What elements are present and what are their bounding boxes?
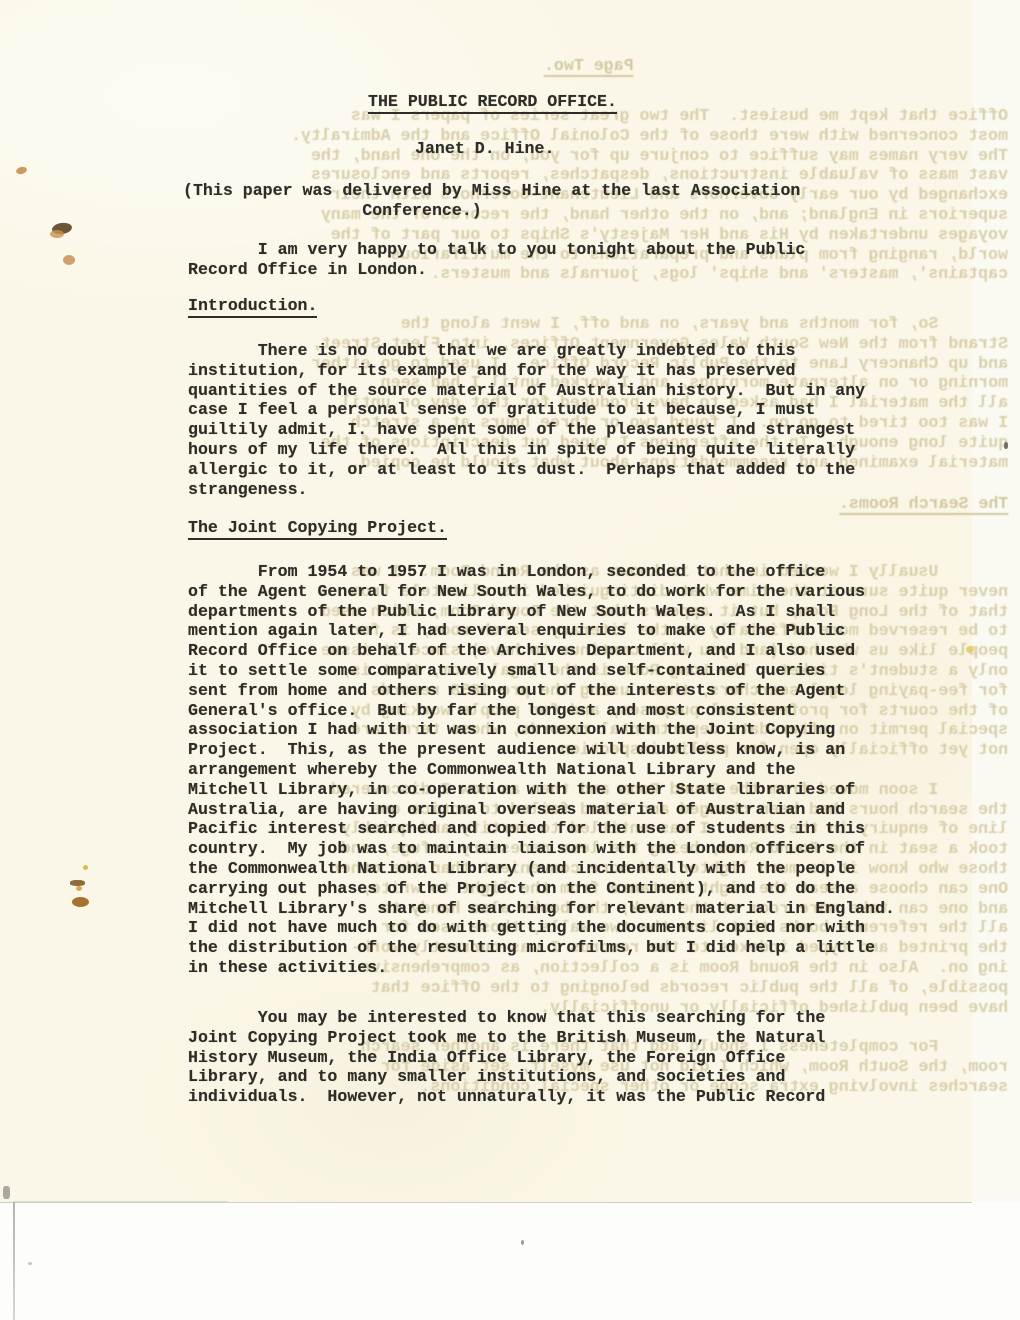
body-line: quantities of the source material of Aus…: [188, 381, 865, 401]
body-line: You may be interested to know that this …: [188, 1008, 825, 1028]
body-line: arrangement whereby the Commonwealth Nat…: [188, 760, 895, 780]
body-line: allergic to it, or at least to its dust.…: [188, 460, 865, 480]
page-title: THE PUBLIC RECORD OFFICE.: [368, 92, 617, 112]
stain-mark: [50, 230, 64, 238]
body-line: There is no doubt that we are greatly in…: [188, 341, 865, 361]
body-line: institution, for its example and for the…: [188, 361, 865, 381]
scanned-document: Page Two. Office that kept me busiest. T…: [0, 0, 1020, 1320]
body-line: I did not have much to do with getting t…: [188, 918, 895, 938]
museums-paragraph: You may be interested to know that this …: [188, 1008, 825, 1107]
body-line: country. My job was to maintain liaison …: [188, 839, 895, 859]
body-line: hours of my life there. All this in spit…: [188, 440, 865, 460]
body-line: Library, and to many smaller institution…: [188, 1067, 825, 1087]
heading-introduction: Introduction.: [188, 296, 317, 316]
body-line: Pacific interest searched and copied for…: [188, 819, 895, 839]
heading-joint-copying-project: The Joint Copying Project.: [188, 518, 447, 538]
body-line: Mitchell Library's share of searching fo…: [188, 899, 895, 919]
body-line: case I feel a personal sense of gratitud…: [188, 400, 865, 420]
ghost-text-line: possible, of all the public records belo…: [321, 978, 1008, 998]
jcp-paragraph: From 1954 to 1957 I was in London, secon…: [188, 562, 895, 978]
body-line: association I had with it was in connexi…: [188, 720, 895, 740]
ghost-page-number: Page Two.: [544, 56, 634, 76]
body-line: the Commonwealth National Library (and i…: [188, 859, 895, 879]
stain-mark: [521, 1240, 524, 1245]
body-line: Project. This, as the present audience w…: [188, 740, 895, 760]
stain-mark: [83, 865, 88, 870]
body-line: carrying out phases of the Project on th…: [188, 879, 895, 899]
body-line: guiltily admit, I. have spent some of th…: [188, 420, 865, 440]
heading-introduction-text: Introduction.: [188, 296, 317, 318]
body-line: Australia, are having original overseas …: [188, 800, 895, 820]
heading-joint-copying-project-text: The Joint Copying Project.: [188, 518, 447, 540]
body-line: From 1954 to 1957 I was in London, secon…: [188, 562, 895, 582]
body-line: it to settle some comparatively small an…: [188, 661, 895, 681]
ghost-text-line: most concerned with were those of the Co…: [291, 126, 1008, 146]
body-line: sent from home and others rising out of …: [188, 681, 895, 701]
introduction-paragraph: There is no doubt that we are greatly in…: [188, 341, 865, 499]
stain-mark: [63, 255, 75, 265]
body-line: Mitchell Library, in co-operation with t…: [188, 780, 895, 800]
page-title-text: THE PUBLIC RECORD OFFICE.: [368, 92, 617, 114]
body-line: Record Office on behalf of the Archives …: [188, 641, 895, 661]
ghost-page-number-text: Page Two.: [544, 56, 634, 77]
stain-mark: [28, 1262, 32, 1265]
stain-mark: [966, 646, 974, 653]
underlying-page-edge: [13, 1201, 228, 1202]
body-line: strangeness.: [188, 480, 865, 500]
stain-mark: [1004, 442, 1008, 449]
underlying-page-edge: [13, 1202, 15, 1320]
opening-paragraph: I am very happy to talk to you tonight a…: [188, 240, 805, 280]
ghost-text-line: So, for months and years, on and off, I …: [311, 314, 1008, 334]
byline: Janet D. Hine.: [415, 139, 554, 159]
body-line: the distribution of the resulting microf…: [188, 938, 895, 958]
body-line: Joint Copying Project took me to the Bri…: [188, 1028, 825, 1048]
body-line: I am very happy to talk to you tonight a…: [188, 240, 805, 260]
body-line: Record Office in London.: [188, 260, 805, 280]
body-line: in these activities.: [188, 958, 895, 978]
stain-mark: [72, 897, 89, 907]
stain-mark: [76, 886, 82, 891]
body-line: departments of the Public Library of New…: [188, 602, 895, 622]
conference-note: (This paper was delivered by Miss Hine a…: [183, 181, 800, 221]
body-line: General's office. But by far the longest…: [188, 701, 895, 721]
note-line: (This paper was delivered by Miss Hine a…: [183, 181, 800, 201]
note-line: Conference.): [183, 201, 800, 221]
body-line: mention again later, I had several enqui…: [188, 621, 895, 641]
body-line: History Museum, the India Office Library…: [188, 1048, 825, 1068]
body-line: of the Agent General for New South Wales…: [188, 582, 895, 602]
stain-mark: [3, 1186, 10, 1199]
ghost-text-line: The very names may suffice to conjure up…: [291, 146, 1008, 166]
body-line: individuals. However, not unnaturally, i…: [188, 1087, 825, 1107]
